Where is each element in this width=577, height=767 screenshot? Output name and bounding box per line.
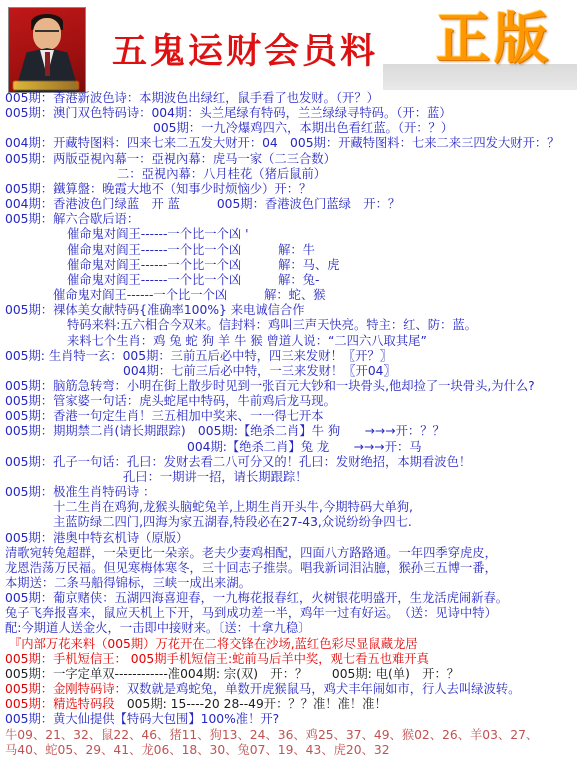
text-segment: 005期：孔子一句话：孔曰：发财去看二八可分又的！孔曰：发财绝招，本期看波色！ [5,455,471,469]
page-title: 五鬼运财会员料 [112,24,378,74]
text-segment: 005期: 15----20 28--49开：？？准！准！准！ [115,697,387,711]
text-segment: 兔子飞奔报喜来，鼠应天机上下开，马到成功差一半，鸡年一过有好运。 （送：见诗中特… [5,606,497,620]
text-line-14: 催命鬼对阎王------一个比一个凶 解：蛇、猴 [5,288,575,303]
text-segment: 004期：开藏特图料：四来七来二五发大财开：04 005期：开藏特图料：七来二来… [5,136,559,150]
text-line-4: 004期：开藏特图料：四来七来二五发大财开：04 005期：开藏特图料：七来二来… [5,136,575,151]
text-line-44: 马40、蛇05、29、41、龙06、18、30、兔07、19、43、虎20、32 [5,743,575,758]
text-segment: 龙恩浩荡万民福。但见寒梅体寒冬，三十回志子推崇。唱我新词泪沾臆，猴孙三五博一番， [5,561,497,575]
text-line-8: 004期：香港波色门绿蓝 开 蓝 005期：香港波色门蓝绿 开：？ [5,197,575,212]
text-segment: 『内部万花来料（005期）万花开在二将交锋在沙场,蓝红色彩尽显鼠藏龙居 [9,637,418,651]
text-segment: 特码来料:五六相合今双来。信封料：鸡叫三声天快亮。特主：红、防：蓝。 [67,318,477,332]
text-line-6: 二：亞視內幕：八月桂花（猪后鼠前） [5,167,575,182]
text-line-31: 清歌宛转兔超群，一朵更比一朵亲。老夫少妻鸡相配，四面八方路路通。一年四季穿虎皮， [5,546,575,561]
text-segment: 催命鬼对阎王------一个比一个凶 解：牛 [67,243,315,257]
text-segment: 牛09、21、32、鼠22、46、猪11、狗13、24、36、鸡25、37、49… [5,728,538,742]
text-line-36: 配:今期道人送金火，一击即中接财来。〔送：十拿九稳〕 [5,621,575,636]
text-segment: 配:今期道人送金火，一击即中接财来。〔送：十拿九稳〕 [5,621,310,635]
text-segment: 催命鬼对阎王------一个比一个凶 解：兔- [67,273,319,287]
text-line-1: 005期：香港新波色诗：本期波色出绿红，鼠手看了也发财。（开？） [5,91,575,106]
text-segment: 005期：香港新波色诗：本期波色出绿红，鼠手看了也发财。（开？） [5,91,379,105]
text-line-23: 005期：期期禁二肖(请长期跟踪) 005期:【绝杀二肖】牛 狗 →→→开：？？ [5,424,575,439]
text-line-35: 兔子飞奔报喜来，鼠应天机上下开，马到成功差一半，鸡年一过有好运。 （送：见诗中特… [5,606,575,621]
text-line-27: 005期：极准生肖特码诗 ： [5,485,575,500]
text-line-24: 004期:【绝杀二肖】兔 龙 →→→开：马 [5,440,575,455]
text-segment: 005期: 生肖特一玄：005期：三前五后必中特，四三来发财！〖开？〗 [5,349,392,363]
text-segment: 005期：极准生肖特码诗 ： [5,485,155,499]
text-segment: 005期：脑筋急转弯：小明在街上散步时见到一张百元大钞和一块骨头,他却捡了一块骨… [5,379,535,393]
text-line-12: 催命鬼对阎王------一个比一个凶 解：马、虎 [5,258,575,273]
text-line-29: 主蓝防绿二四门,四海为家五湖春,特段必在27-43,众说纷纷争四七. [5,515,575,530]
text-line-19: 004期：七前三后必中特，一三来发财！〖开04〗 [5,364,575,379]
text-line-38: 005期：手机短信王： 005期手机短信王:蛇前马后羊中奖，观七看五也难开真 [5,652,575,667]
text-segment: 005期：管家婆一句话：虎头蛇尾中特码，牛前鸡后龙马现。 [5,394,336,408]
text-segment: 005期：金刚特码诗： [5,682,127,696]
text-segment: 催命鬼对阎王------一个比一个凶 ' [67,227,248,241]
text-line-22: 005期：香港一句定生肖！三五相加中奖来、一一得七开本 [5,409,575,424]
text-segment: 马40、蛇05、29、41、龙06、18、30、兔07、19、43、虎20、32 [5,743,390,757]
text-line-41: 005期：精选特码段 005期: 15----20 28--49开：？？准！准！… [5,697,575,712]
text-segment: 005期：鐵算盤：晚霞大地不（知事少时烦恼少）开：？ [5,182,311,196]
text-line-25: 005期：孔子一句话：孔曰：发财去看二八可分又的！孔曰：发财绝招，本期看波色！ [5,455,575,470]
text-segment: 005期：港奥中特玄机诗（原版） [5,531,188,545]
text-line-3: 005期：一九冷爆鸡四六，本期出色看红蓝。（开：？） [5,121,575,136]
portrait-watermark [13,81,79,90]
header: 五鬼运财会员料 正版 [0,0,577,92]
portrait-glasses [35,30,59,38]
genuine-badge: 正版 [436,0,552,74]
text-line-32: 龙恩浩荡万民福。但见寒梅体寒冬，三十回志子推崇。唱我新词泪沾臆，猴孙三五博一番， [5,561,575,576]
text-segment: 清歌宛转兔超群，一朵更比一朵亲。老夫少妻鸡相配，四面八方路路通。一年四季穿虎皮， [5,546,497,560]
text-line-15: 005期：裸体美女献特码{准确率100%} 来电诚信合作 [5,303,575,318]
text-line-28: 十二生肖在鸡狗,龙猴头脑蛇兔羊,上期生肖开头牛,今期特码大单狗, [5,500,575,515]
member-portrait-photo [8,7,86,93]
text-line-26: 孔曰：一期讲一招，请长期跟踪！ [5,470,575,485]
text-segment: 来料七个生肖：鸡 兔 蛇 狗 羊 牛 猴 曾道人说：“二四六八取其尾” [67,334,427,348]
text-line-10: 催命鬼对阎王------一个比一个凶 ' [5,227,575,242]
text-line-18: 005期: 生肖特一玄：005期：三前五后必中特，四三来发财！〖开？〗 [5,349,575,364]
text-line-9: 005期：解六合歇后语： [5,212,575,227]
text-segment: 005期：解六合歇后语： [5,212,139,226]
text-segment: 005期：期期禁二肖(请长期跟踪) 005期:【绝杀二肖】牛 狗 →→→开：？？ [5,424,445,438]
text-segment: 005期：香港一句定生肖！三五相加中奖来、一一得七开本 [5,409,324,423]
text-line-16: 特码来料:五六相合今双来。信封料：鸡叫三声天快亮。特主：红、防：蓝。 [5,318,575,333]
text-segment: 孔曰：一期讲一招，请长期跟踪！ [123,470,307,484]
text-line-5: 005期：两版亞視內幕一：亞視內幕：虎马一家（二三合数） [5,152,575,167]
text-line-42: 005期：黄大仙提供【特码大包围】100%准！开? [5,712,575,727]
text-segment: 004期：七前三后必中特，一三来发财！〖开04〗 [123,364,396,378]
text-line-37: 『内部万花来料（005期）万花开在二将交锋在沙场,蓝红色彩尽显鼠藏龙居 [5,637,575,652]
text-segment: 005期：精选特码段 [5,697,115,711]
text-segment: 二：亞視內幕：八月桂花（猪后鼠前） [117,167,326,181]
text-segment: 004期：香港波色门绿蓝 开 蓝 005期：香港波色门蓝绿 开：？ [5,197,400,211]
text-segment: 十二生肖在鸡狗,龙猴头脑蛇兔羊,上期生肖开头牛,今期特码大单狗, [53,500,413,514]
text-segment: 催命鬼对阎王------一个比一个凶 解：蛇、猴 [53,288,326,302]
text-segment: 主蓝防绿二四门,四海为家五湖春,特段必在27-43,众说纷纷争四七. [53,515,412,529]
text-line-21: 005期：管家婆一句话：虎头蛇尾中特码，牛前鸡后龙马现。 [5,394,575,409]
text-line-13: 催命鬼对阎王------一个比一个凶 解：兔- [5,273,575,288]
text-line-2: 005期：澳门双色特码诗：004期：头兰尾绿有特码，兰兰绿绿寻特码。（开：蓝） [5,106,575,121]
text-line-43: 牛09、21、32、鼠22、46、猪11、狗13、24、36、鸡25、37、49… [5,728,575,743]
text-segment: 双数就是鸡蛇兔，单数开虎猴鼠马，鸡犬丰年闹如市，行人去叫绿波转。 [127,682,521,696]
text-segment: 005期：裸体美女献特码{准确率100%} 来电诚信合作 [5,303,305,317]
text-segment: 005期：两版亞視內幕一：亞視內幕：虎马一家（二三合数） [5,152,336,166]
text-line-20: 005期：脑筋急转弯：小明在街上散步时见到一张百元大钞和一块骨头,他却捡了一块骨… [5,379,575,394]
text-line-17: 来料七个生肖：鸡 兔 蛇 狗 羊 牛 猴 曾道人说：“二四六八取其尾” [5,334,575,349]
text-segment: 本期送：二条马船得锦标，三峡一成出来湖。 [5,576,251,590]
text-segment: 004期:【绝杀二肖】兔 龙 →→→开：马 [187,440,422,454]
text-segment: 005期：葡京赌侠：五湖四海喜迎春，一九梅花报春红，火树银花明盛开，生龙活虎闹新… [5,591,508,605]
text-line-7: 005期：鐵算盤：晚霞大地不（知事少时烦恼少）开：？ [5,182,575,197]
text-line-11: 催命鬼对阎王------一个比一个凶 解：牛 [5,243,575,258]
text-line-39: 005期：一字定单双------------准004期: 宗(双) 开：？ 00… [5,667,575,682]
text-segment: 005期：一九冷爆鸡四六，本期出色看红蓝。（开：？） [153,121,453,135]
text-line-30: 005期：港奥中特玄机诗（原版） [5,531,575,546]
text-segment: 005期：一字定单双------------准004期: 宗(双) 开：？ 00… [5,667,459,681]
text-segment: 005期：手机短信王： 005期手机短信王:蛇前马后羊中奖，观七看五也难开真 [5,652,429,666]
text-segment: 005期：黄大仙提供【特码大包围】100%准！开? [5,712,279,726]
text-line-34: 005期：葡京赌侠：五湖四海喜迎春，一九梅花报春红，火树银花明盛开，生龙活虎闹新… [5,591,575,606]
content-lines: 005期：香港新波色诗：本期波色出绿红，鼠手看了也发财。（开？）005期：澳门双… [5,91,575,758]
portrait-tie [45,52,50,76]
text-segment: 005期：澳门双色特码诗：004期：头兰尾绿有特码，兰兰绿绿寻特码。（开：蓝） [5,106,452,120]
text-segment: 催命鬼对阎王------一个比一个凶 解：马、虎 [67,258,340,272]
text-line-33: 本期送：二条马船得锦标，三峡一成出来湖。 [5,576,575,591]
text-line-40: 005期：金刚特码诗：双数就是鸡蛇兔，单数开虎猴鼠马，鸡犬丰年闹如市，行人去叫绿… [5,682,575,697]
